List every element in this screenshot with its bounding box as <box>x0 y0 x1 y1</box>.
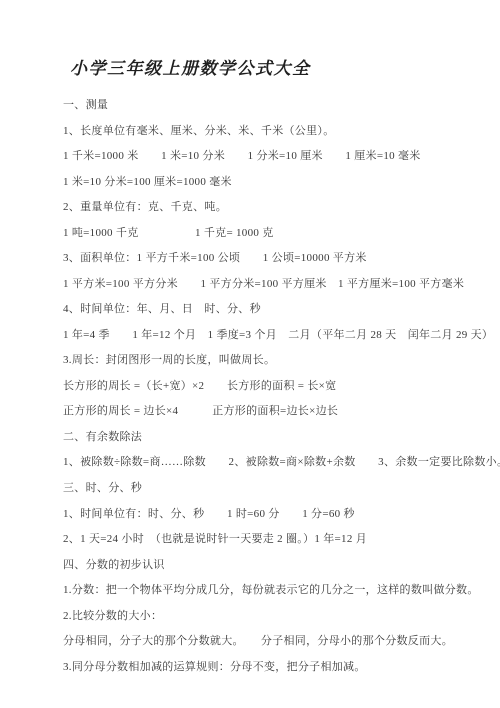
doc-line: 分母相同，分子大的那个分数就大。 分子相同，分母小的那个分数反而大。 <box>63 634 492 648</box>
doc-line: 2、1 天=24 小时 （也就是说时针一天要走 2 圈。）1 年=12 月 <box>63 532 492 546</box>
doc-line: 1.分数：把一个物体平均分成几分，每份就表示它的几分之一，这样的数叫做分数。 <box>63 583 492 597</box>
section-1-measurement-heading: 一、测量 <box>63 98 492 112</box>
doc-line: 正方形的周长 = 边长×4 正方形的面积=边长×边长 <box>63 404 492 418</box>
doc-line: 1 年=4 季 1 年=12 个月 1 季度=3 个月 二月（平年二月 28 天… <box>63 328 492 342</box>
page-title: 小学三年级上册数学公式大全 <box>70 57 492 81</box>
doc-line: 3.同分母分数相加减的运算规则：分母不变，把分子相加减。 <box>63 660 492 674</box>
doc-line: 1 千米=1000 米 1 米=10 分米 1 分米=10 厘米 1 厘米=10… <box>63 149 492 163</box>
doc-line: 2.比较分数的大小： <box>63 609 492 623</box>
section-3-time-heading: 三、时、分、秒 <box>63 481 492 495</box>
doc-line: 1、时间单位有：时、分、秒 1 时=60 分 1 分=60 秒 <box>63 507 492 521</box>
doc-line: 2、重量单位有：克、千克、吨。 <box>63 200 492 214</box>
doc-line: 1 米=10 分米=100 厘米=1000 毫米 <box>63 175 492 189</box>
doc-line: 1、长度单位有毫米、厘米、分米、米、千米（公里）。 <box>63 124 492 138</box>
section-4-fractions-heading: 四、分数的初步认识 <box>63 558 492 572</box>
document-page: 小学三年级上册数学公式大全 一、测量 1、长度单位有毫米、厘米、分米、米、千米（… <box>0 0 500 708</box>
doc-line: 3.周长：封闭图形一周的长度，叫做周长。 <box>63 353 492 367</box>
section-2-remainder-division-heading: 二、有余数除法 <box>63 430 492 444</box>
doc-line: 1 平方米=100 平方分米 1 平方分米=100 平方厘米 1 平方厘米=10… <box>63 277 492 291</box>
doc-line: 4、时间单位：年、月、日 时、分、秒 <box>63 302 492 316</box>
doc-line: 1、被除数÷除数=商……除数 2、被除数=商×除数+余数 3、余数一定要比除数小… <box>63 455 492 469</box>
doc-line: 1 吨=1000 千克 1 千克= 1000 克 <box>63 226 492 240</box>
doc-line: 长方形的周长 =（长+宽）×2 长方形的面积 = 长×宽 <box>63 379 492 393</box>
doc-line: 3、面积单位：1 平方千米=100 公顷 1 公顷=10000 平方米 <box>63 251 492 265</box>
document-content: 小学三年级上册数学公式大全 一、测量 1、长度单位有毫米、厘米、分米、米、千米（… <box>0 0 500 674</box>
